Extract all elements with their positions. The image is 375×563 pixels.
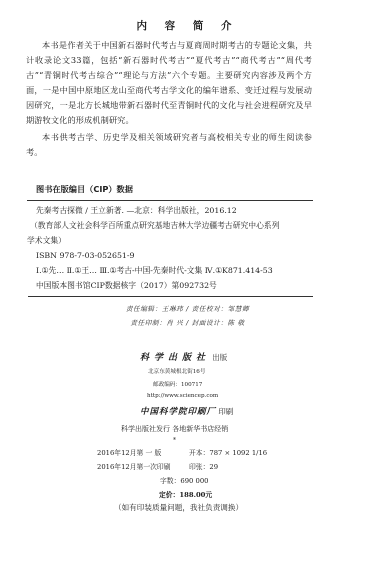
publisher-postcode: 邮政编码：100717 [153,380,202,388]
cip-line-classification: Ⅰ.①先… Ⅱ.①王… Ⅲ.①考古-中国-先秦时代-文集 Ⅳ.①K871.414… [36,265,273,276]
cip-line-series: （教育部人文社会科学百所重点研究基地吉林大学边疆考古研究中心系列 [30,220,280,231]
cip-header: 图书在版编目（CIP）数据 [36,184,133,195]
credits-editors: 责任编辑：王琳玮 / 责任校对：邹慧卿 [0,303,375,313]
publisher-website: http://www.sciencep.com [147,393,218,399]
summary-paragraph-1: 本书是作者关于中国新石器时代考古与夏商周时期考古的专题论文集，共计收录论文33篇… [26,38,312,128]
divider [28,296,313,297]
quality-notice: （如有印装质量问题，我社负责调换） [114,502,243,513]
printing: 2016年12月第一次印刷 [97,461,171,471]
cip-line-cip-number: 中国版本图书馆CIP数据核字（2017）第092732号 [36,280,217,291]
divider [27,200,313,201]
publisher-name: 科学出版社 [140,353,210,363]
cip-line-title: 先秦考古探微 / 王立新著. —北京：科学出版社，2016.12 [36,205,237,216]
separator-star: * [173,437,176,444]
publisher-line: 科学出版社 出版 [140,350,227,363]
summary-title: 内 容 简 介 [0,18,375,33]
cip-line-series-cont: 学术文集） [27,235,66,246]
sheets: 印张：29 [189,461,218,471]
publisher-action: 出版 [212,353,227,362]
format: 开本：787 × 1092 1/16 [189,447,267,457]
word-count: 字数：690 000 [160,475,209,485]
price: 定价：188.00元 [159,489,212,499]
credits-production: 责任印制：肖 兴 / 封面设计：陈 敬 [0,317,375,327]
distribution-line: 科学出版社发行 各地新华书店经销 [121,424,228,434]
copyright-page: 内 容 简 介 本书是作者关于中国新石器时代考古与夏商周时期考古的专题论文集，共… [0,0,375,563]
printer-line: 中国科学院印刷厂 印刷 [140,405,233,417]
summary-paragraph-2: 本书供考古学、历史学及相关领域研究者与高校相关专业的师生阅读参考。 [26,130,312,160]
edition: 2016年12月第 一 版 [97,447,161,457]
printer-name: 中国科学院印刷厂 [140,407,216,417]
printer-action: 印刷 [218,407,233,416]
cip-line-isbn: ISBN 978-7-03-052651-9 [36,250,134,261]
publisher-address: 北京东黄城根北街16号 [148,367,205,375]
